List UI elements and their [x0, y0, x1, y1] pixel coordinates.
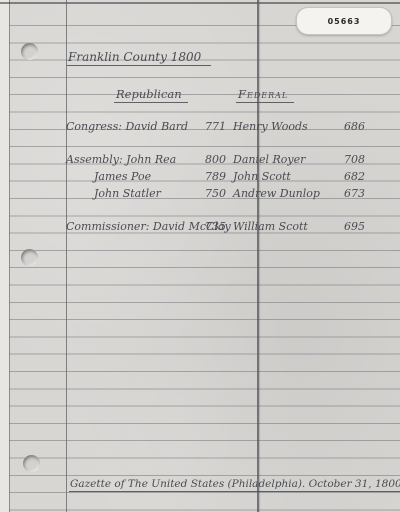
source-citation: Gazette of The United States (Philadelph… [69, 478, 400, 492]
notebook-page: 05663 Franklin County 1800 Republican Fe… [0, 0, 400, 512]
result-row-assembly-1: Assembly: John Rea 800 Daniel Royer 708 [66, 153, 396, 168]
result-row-assembly-3: John Statler 750 Andrew Dunlop 673 [66, 187, 396, 202]
republican-candidate: James Poe [94, 170, 151, 183]
republican-candidate: John Rea [126, 153, 176, 166]
federal-votes: 695 [344, 220, 365, 233]
catalog-sticker: 05663 [296, 7, 392, 35]
republican-votes: 800 [205, 153, 226, 166]
result-row-commissioner: Commissioner: David McClay 735 William S… [66, 220, 396, 235]
federal-candidate: Daniel Royer [233, 153, 305, 166]
republican-votes: 735 [205, 220, 226, 233]
federal-votes: 686 [344, 120, 365, 133]
federal-votes: 708 [344, 153, 365, 166]
republican-votes: 789 [205, 170, 226, 183]
federal-candidate: Henry Woods [233, 120, 308, 133]
margin-line [66, 0, 67, 512]
federal-candidate: William Scott [233, 220, 308, 233]
federal-candidate: Andrew Dunlop [233, 187, 320, 200]
header-federal: Federal [236, 87, 294, 103]
republican-votes: 750 [205, 187, 226, 200]
federal-votes: 682 [344, 170, 365, 183]
binder-hole-top [21, 43, 38, 60]
republican-candidate: David Bard [125, 120, 188, 133]
office-label: Commissioner: [66, 220, 149, 233]
office-label: Congress: [66, 120, 122, 133]
page-top-edge [0, 2, 400, 4]
republican-votes: 771 [205, 120, 226, 133]
binder-hole-middle [21, 249, 38, 266]
result-row-assembly-2: James Poe 789 John Scott 682 [66, 170, 396, 185]
federal-candidate: John Scott [233, 170, 291, 183]
center-crease-line [257, 0, 259, 512]
republican-candidate: John Statler [94, 187, 161, 200]
result-row-congress: Congress: David Bard 771 Henry Woods 686 [66, 120, 396, 135]
party-headers: Republican Federal [66, 87, 386, 103]
header-republican: Republican [114, 87, 188, 103]
catalog-number: 05663 [328, 17, 361, 26]
federal-votes: 673 [344, 187, 365, 200]
page-title: Franklin County 1800 [67, 50, 211, 66]
binder-hole-bottom [23, 455, 40, 472]
office-label: Assembly: [66, 153, 123, 166]
